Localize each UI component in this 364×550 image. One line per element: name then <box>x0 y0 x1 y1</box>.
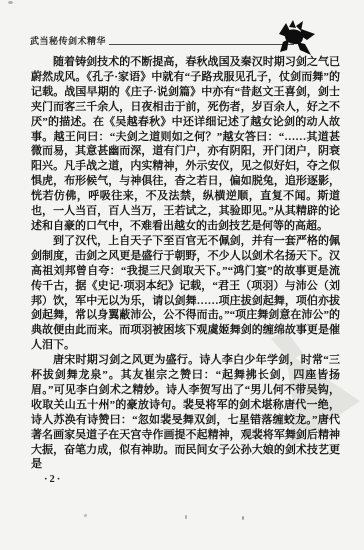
scan-speck <box>242 516 244 520</box>
header-rule <box>109 43 294 45</box>
running-head: 武当秘传剑术精华 <box>30 37 106 46</box>
ink-calligraphy-logo-icon <box>276 19 318 57</box>
scan-speck <box>8 1 13 4</box>
paragraph: 随着铸剑技术的不断提高，春秋战国及秦汉时期习剑之气已蔚然成风。《孔子·家语》中就… <box>31 55 340 234</box>
page-header: 武当秘传剑术精华 <box>30 37 294 46</box>
scan-speck <box>84 514 87 517</box>
page-number: ·2· <box>44 474 62 485</box>
paragraph: 到了汉代，上自天子下至百官无不佩剑，并有一套严格的佩剑制度，击剑之风更是盛行于朝… <box>31 234 340 353</box>
scan-speck <box>185 515 187 519</box>
paragraph: 唐宋时期习剑之风更为盛行。诗人李白少年学剑，时常“三杯拔剑舞龙泉”。其友崔宗之赞… <box>31 353 340 472</box>
body-text: 随着铸剑技术的不断提高，春秋战国及秦汉时期习剑之气已蔚然成风。《孔子·家语》中就… <box>31 55 340 472</box>
